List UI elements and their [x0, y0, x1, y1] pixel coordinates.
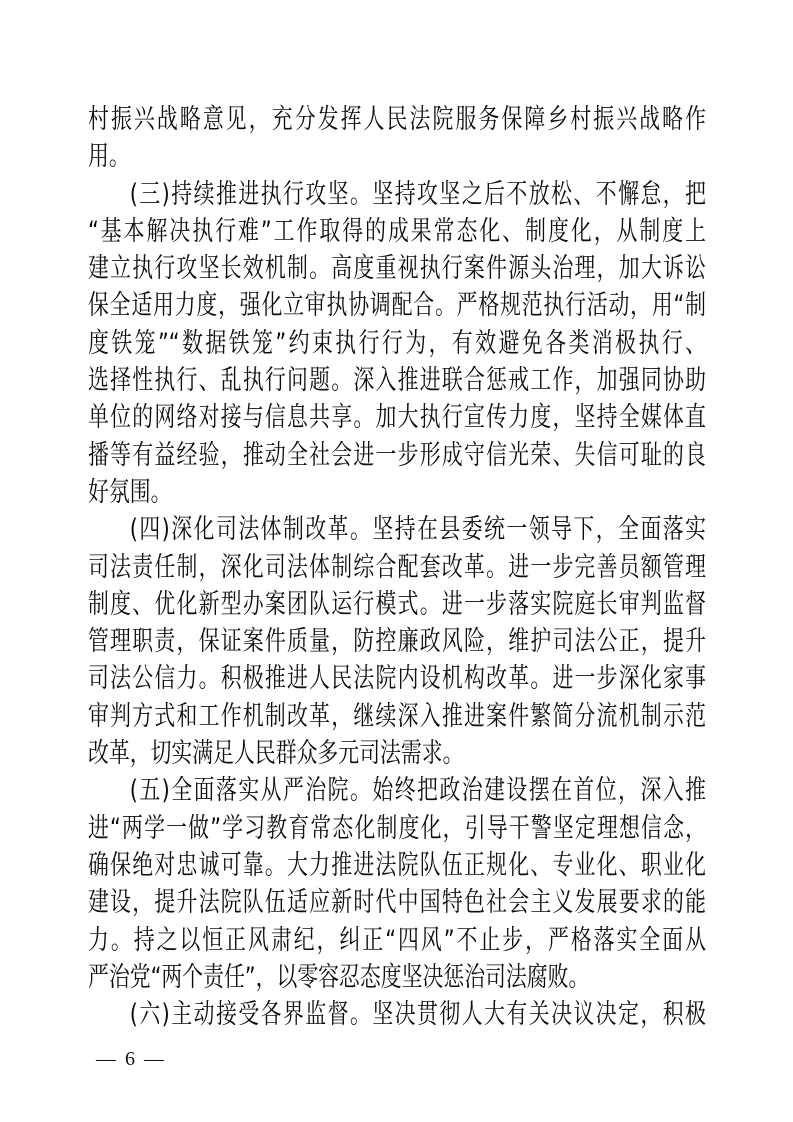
text-line: (四)深化司法体制改革。坚持在县委统一领导下，全面落实	[88, 511, 706, 548]
text-line: (五)全面落实从严治院。始终把政治建设摆在首位，深入推	[88, 772, 706, 809]
text-line: 进“两学一做”学习教育常态化制度化，引导干警坚定理想信念，	[88, 810, 706, 847]
text-line: 建立执行攻坚长效机制。高度重视执行案件源头治理，加大诉讼	[88, 250, 706, 287]
text-line: 严治党“两个责任”，以零容忍态度坚决惩治司法腐败。	[88, 959, 706, 996]
text-line: 度铁笼”“数据铁笼”约束执行行为，有效避免各类消极执行、	[88, 325, 706, 362]
text-line: 改革，切实满足人民群众多元司法需求。	[88, 735, 706, 772]
text-line: (三)持续推进执行攻坚。坚持攻坚之后不放松、不懈怠，把	[88, 176, 706, 213]
page-number: — 6 —	[96, 1046, 166, 1072]
text-line: 选择性执行、乱执行问题。深入推进联合惩戒工作，加强同协助	[88, 362, 706, 399]
text-line: 单位的网络对接与信息共享。加大执行宣传力度，坚持全媒体直	[88, 399, 706, 436]
text-line: 保全适用力度，强化立审执协调配合。严格规范执行活动，用“制	[88, 287, 706, 324]
text-line: 司法公信力。积极推进人民法院内设机构改革。进一步深化家事	[88, 660, 706, 697]
text-line: 管理职责，保证案件质量，防控廉政风险，维护司法公正，提升	[88, 623, 706, 660]
text-line: “基本解决执行难”工作取得的成果常态化、制度化，从制度上	[88, 213, 706, 250]
document-page: 村振兴战略意见，充分发挥人民法院服务保障乡村振兴战略作用。(三)持续推进执行攻坚…	[0, 0, 793, 1122]
text-line: 制度、优化新型办案团队运行模式。进一步落实院庭长审判监督	[88, 586, 706, 623]
text-line: 审判方式和工作机制改革，继续深入推进案件繁简分流机制示范	[88, 698, 706, 735]
text-line: 建设，提升法院队伍适应新时代中国特色社会主义发展要求的能	[88, 884, 706, 921]
text-line: 村振兴战略意见，充分发挥人民法院服务保障乡村振兴战略作	[88, 101, 706, 138]
document-body: 村振兴战略意见，充分发挥人民法院服务保障乡村振兴战略作用。(三)持续推进执行攻坚…	[88, 101, 706, 1033]
text-line: 力。持之以恒正风肃纪，纠正“四风”不止步，严格落实全面从	[88, 922, 706, 959]
text-line: 司法责任制，深化司法体制综合配套改革。进一步完善员额管理	[88, 549, 706, 586]
text-line: 用。	[88, 138, 706, 175]
text-line: 播等有益经验，推动全社会进一步形成守信光荣、失信可耻的良	[88, 437, 706, 474]
text-line: 好氛围。	[88, 474, 706, 511]
text-line: 确保绝对忠诚可靠。大力推进法院队伍正规化、专业化、职业化	[88, 847, 706, 884]
text-line: (六)主动接受各界监督。坚决贯彻人大有关决议决定，积极	[88, 996, 706, 1033]
